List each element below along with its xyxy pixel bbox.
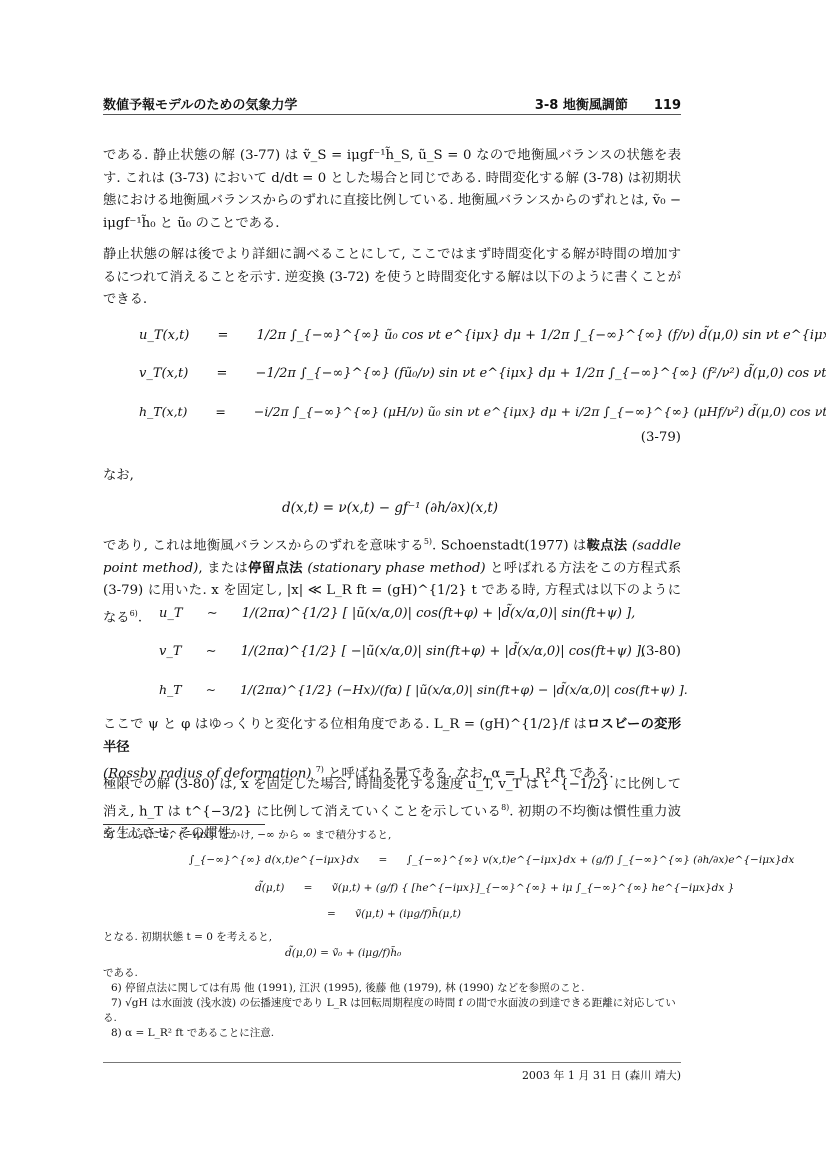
footnote-6: 6) 停留点法に関しては有馬 他 (1991), 江沢 (1995), 後藤 他… bbox=[103, 981, 681, 996]
eq-op: = bbox=[217, 366, 228, 381]
eq-rhs: ṽ(μ,t) + (iμg/f)h̃(μ,t) bbox=[355, 908, 461, 920]
equation-d: d(x,t) = ν(x,t) − gf⁻¹ (∂h/∂x)(x,t) bbox=[282, 500, 498, 516]
footnote-5-eq: d̃(μ,0) = ṽ₀ + (iμg/f)h̃₀ bbox=[285, 947, 401, 959]
page-number: 119 bbox=[654, 98, 681, 113]
eq-rhs: −1/2π ∫_{−∞}^{∞} (fũ₀/ν) sin νt e^{iμx} … bbox=[256, 366, 826, 381]
fn-eq-row: ∫_{−∞}^{∞} d(x,t)e^{−iμx}dx = ∫_{−∞}^{∞}… bbox=[189, 854, 794, 866]
eq-op: ∼ bbox=[207, 606, 218, 621]
eq-op: = bbox=[218, 328, 229, 343]
equation-number: (3-79) bbox=[641, 430, 681, 445]
term-saddle-point: 鞍点法 bbox=[587, 538, 628, 553]
eq-lhs: v_T(x,t) bbox=[139, 366, 188, 381]
paragraph-2: 静止状態の解は後でより詳細に調べることにして, ここではまず時間変化する解が時間… bbox=[103, 244, 681, 312]
header-right: 3-8 地衡風調節119 bbox=[509, 94, 681, 113]
footnote-7: 7) √gH は水面波 (浅水波) の伝播速度であり L_R は回転周期程度の時… bbox=[103, 996, 681, 1026]
equation-3-79: u_T(x,t) = 1/2π ∫_{−∞}^{∞} ũ₀ cos νt e^{… bbox=[103, 318, 681, 448]
footer-rule bbox=[103, 1062, 681, 1063]
term-english: (stationary phase method) bbox=[307, 561, 485, 576]
footnote-5-end: である. bbox=[103, 966, 681, 981]
eq-op: ∼ bbox=[206, 682, 216, 697]
eq-op: = bbox=[215, 404, 225, 419]
eq-rhs: ∫_{−∞}^{∞} v(x,t)e^{−iμx}dx + (g/f) ∫_{−… bbox=[407, 854, 795, 866]
footnote-ref: 7) bbox=[316, 765, 324, 774]
eq-lhs: d̃(μ,t) bbox=[255, 882, 284, 894]
eq-op: = bbox=[327, 908, 336, 920]
book-title: 数値予報モデルのための気象力学 bbox=[103, 94, 297, 113]
fn-eq-row: d̃(μ,t) = ṽ(μ,t) + (g/f) { [he^{−iμx}]_{… bbox=[255, 882, 734, 894]
equation-row-vT: v_T(x,t) = −1/2π ∫_{−∞}^{∞} (fũ₀/ν) sin … bbox=[139, 366, 826, 381]
eq-lhs: u_T(x,t) bbox=[139, 328, 189, 343]
equation-3-80: u_T ∼ 1/(2πα)^{1/2} [ |ũ(x/α,0)| cos(ft+… bbox=[103, 598, 681, 708]
eq-rhs: 1/(2πα)^{1/2} (−Hx)/(fα) [ |ũ(x/α,0)| si… bbox=[240, 682, 688, 697]
equation-row-hT: h_T(x,t) = −i/2π ∫_{−∞}^{∞} (μH/ν) ũ₀ si… bbox=[139, 404, 826, 419]
eq-rhs: 1/(2πα)^{1/2} [ −|ũ(x/α,0)| sin(ft+φ) + … bbox=[241, 644, 645, 659]
section-title: 3-8 地衡風調節 bbox=[535, 98, 628, 113]
eq-op: = bbox=[379, 854, 388, 866]
footer-date-author: 2003 年 1 月 31 日 (森川 靖大) bbox=[522, 1067, 681, 1083]
equation-row-vT: v_T ∼ 1/(2πα)^{1/2} [ −|ũ(x/α,0)| sin(ft… bbox=[159, 644, 645, 659]
eq-rhs: 1/2π ∫_{−∞}^{∞} ũ₀ cos νt e^{iμx} dμ + 1… bbox=[257, 328, 826, 343]
eq-lhs: v_T bbox=[159, 644, 182, 659]
running-header: 数値予報モデルのための気象力学 3-8 地衡風調節119 bbox=[103, 92, 681, 115]
equation-number: (3-80) bbox=[641, 644, 681, 659]
eq-rhs: −i/2π ∫_{−∞}^{∞} (μH/ν) ũ₀ sin νt e^{iμx… bbox=[254, 404, 826, 419]
equation-row-hT: h_T ∼ 1/(2πα)^{1/2} (−Hx)/(fα) [ |ũ(x/α,… bbox=[159, 682, 688, 697]
footnote-5-intro: 5) この式に e^{−iμx} をかけ, −∞ から ∞ まで積分すると, bbox=[103, 828, 681, 843]
eq-rhs: ṽ(μ,t) + (g/f) { [he^{−iμx}]_{−∞}^{∞} + … bbox=[332, 882, 735, 894]
footnote-5-mid: となる. 初期状態 t = 0 を考えると, bbox=[103, 930, 681, 945]
paragraph-1: である. 静止状態の解 (3-77) は ṽ_S = iμgf⁻¹h̃_S, ũ… bbox=[103, 145, 681, 235]
text: , または bbox=[198, 561, 248, 576]
text: . Schoenstadt(1977) は bbox=[432, 538, 587, 553]
eq-lhs: ∫_{−∞}^{∞} d(x,t)e^{−iμx}dx bbox=[189, 854, 359, 866]
equation-row-uT: u_T(x,t) = 1/2π ∫_{−∞}^{∞} ũ₀ cos νt e^{… bbox=[139, 328, 826, 343]
eq-op: = bbox=[304, 882, 313, 894]
footnote-rule bbox=[103, 824, 265, 825]
term-stationary-phase: 停留点法 bbox=[248, 561, 303, 576]
eq-lhs: h_T bbox=[159, 682, 182, 697]
footnote-ref: 5) bbox=[424, 537, 432, 546]
eq-rhs: 1/(2πα)^{1/2} [ |ũ(x/α,0)| cos(ft+φ) + |… bbox=[242, 606, 636, 621]
footnote-8: 8) α = L_R² ft であることに注意. bbox=[103, 1026, 681, 1041]
eq-lhs: h_T(x,t) bbox=[139, 404, 187, 419]
paragraph-3: なお, bbox=[103, 465, 681, 488]
text: であり, これは地衡風バランスからのずれを意味する bbox=[103, 538, 424, 553]
eq-lhs: u_T bbox=[159, 606, 183, 621]
equation-row-uT: u_T ∼ 1/(2πα)^{1/2} [ |ũ(x/α,0)| cos(ft+… bbox=[159, 606, 635, 621]
text: ここで ψ と φ はゆっくりと変化する位相角度である. L_R = (gH)^… bbox=[103, 717, 587, 732]
eq-op: ∼ bbox=[206, 644, 217, 659]
fn-eq-row: = ṽ(μ,t) + (iμg/f)h̃(μ,t) bbox=[327, 908, 461, 920]
footnote-5-equations: ∫_{−∞}^{∞} d(x,t)e^{−iμx}dx = ∫_{−∞}^{∞}… bbox=[103, 846, 681, 924]
